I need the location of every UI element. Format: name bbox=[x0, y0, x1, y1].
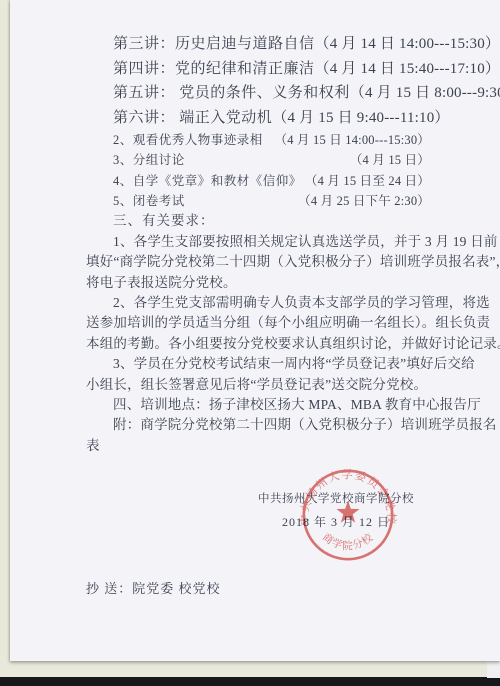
schedule-item-time: （4 月 14 日 14:00---15:30） bbox=[315, 32, 500, 57]
schedule-row: 2、观看优秀人物事迹录相 （4 月 15 日 14:00---15:30） bbox=[86, 130, 430, 150]
requirement-line: 表 bbox=[86, 436, 470, 456]
issuing-organization: 中共扬州大学党校商学院分校 bbox=[256, 492, 416, 506]
document-body: 第三讲：历史启迪与道路自信 （4 月 14 日 14:00---15:30） 第… bbox=[86, 32, 470, 597]
signature-block: 中共扬州大学党校商学院分校 2018 年 3 月 12 日 bbox=[256, 492, 416, 529]
requirements-section: 1、各学生支部要按照相关规定认真选送学员，并于 3 月 19 日前 填好“商学院… bbox=[86, 232, 470, 456]
schedule-item-label: 3、分组讨论 bbox=[86, 150, 185, 170]
paper-corner-sliver bbox=[487, 659, 500, 678]
requirement-line: 3、学员在分党校考试结束一周内将“学员登记表”填好后交给 bbox=[86, 354, 470, 374]
issue-date: 2018 年 3 月 12 日 bbox=[256, 515, 416, 529]
schedule-row: 第六讲： 端正入党动机 （4 月 15 日 9:40---11:10） bbox=[86, 106, 430, 131]
schedule-row: 4、自学《党章》和教材《信仰》 （4 月 15 日至 24 日） bbox=[86, 171, 430, 191]
requirement-line: 本组的考勤。各小组要按分党校要求认真组织讨论，并做好讨论记录。 bbox=[86, 334, 470, 354]
scan-bottom-border bbox=[0, 677, 500, 686]
schedule-item-label: 第四讲：党的纪律和清正廉洁 bbox=[86, 57, 315, 82]
schedule-item-time: （4 月 15 日 8:00---9:30） bbox=[350, 81, 500, 106]
schedule-item-time: （4 月 25 日下午 2:30） bbox=[298, 191, 430, 211]
lecture-schedule: 第三讲：历史启迪与道路自信 （4 月 14 日 14:00---15:30） 第… bbox=[86, 32, 430, 211]
section-heading-requirements: 三、有关要求： bbox=[86, 211, 470, 232]
schedule-row: 3、分组讨论 （4 月 15 日） bbox=[86, 150, 430, 170]
requirement-line: 送参加培训的学员适当分组（每个小组应明确一名组长）。组长负责 bbox=[86, 313, 470, 333]
schedule-item-time: （4 月 14 日 15:40---17:10） bbox=[315, 57, 500, 82]
schedule-item-label: 第五讲： 党员的条件、义务和权利 bbox=[86, 81, 350, 106]
requirement-line: 将电子表报送院分党校。 bbox=[86, 273, 470, 293]
schedule-row: 第三讲：历史启迪与道路自信 （4 月 14 日 14:00---15:30） bbox=[86, 32, 430, 57]
copy-to-line: 抄 送：院党委 校党校 bbox=[86, 578, 470, 597]
schedule-row: 5、闭卷考试 （4 月 25 日下午 2:30） bbox=[86, 191, 430, 211]
schedule-row: 第四讲：党的纪律和清正廉洁 （4 月 14 日 15:40---17:10） bbox=[86, 57, 430, 82]
requirement-line: 小组长，组长签署意见后将“学员登记表”送交院分党校。 bbox=[86, 375, 470, 395]
schedule-item-time: （4 月 15 日） bbox=[350, 150, 430, 170]
requirement-line: 填好“商学院分党校第二十四期（入党积极分子）培训班学员报名表”， bbox=[86, 252, 470, 272]
scanned-document-page: 第三讲：历史启迪与道路自信 （4 月 14 日 14:00---15:30） 第… bbox=[10, 0, 500, 661]
requirement-line: 四、培训地点：扬子津校区扬大 MPA、MBA 教育中心报告厅 bbox=[86, 395, 470, 415]
schedule-row: 第五讲： 党员的条件、义务和权利 （4 月 15 日 8:00---9:30） bbox=[86, 81, 430, 106]
schedule-item-time: （4 月 15 日 9:40---11:10） bbox=[272, 106, 449, 131]
schedule-item-time: （4 月 15 日至 24 日） bbox=[305, 171, 430, 191]
schedule-item-time: （4 月 15 日 14:00---15:30） bbox=[275, 130, 430, 150]
requirement-line: 2、各学生党支部需明确专人负责本支部学员的学习管理，将选 bbox=[86, 293, 470, 313]
schedule-item-label: 4、自学《党章》和教材《信仰》 bbox=[86, 171, 302, 191]
requirement-line: 附：商学院分党校第二十四期（入党积极分子）培训班学员报名 bbox=[86, 415, 470, 435]
schedule-item-label: 5、闭卷考试 bbox=[86, 191, 185, 211]
schedule-item-label: 第六讲： 端正入党动机 bbox=[86, 106, 272, 131]
schedule-item-label: 2、观看优秀人物事迹录相 bbox=[86, 130, 263, 150]
requirement-line: 1、各学生支部要按照相关规定认真选送学员，并于 3 月 19 日前 bbox=[86, 232, 470, 252]
schedule-item-label: 第三讲：历史启迪与道路自信 bbox=[86, 32, 315, 57]
